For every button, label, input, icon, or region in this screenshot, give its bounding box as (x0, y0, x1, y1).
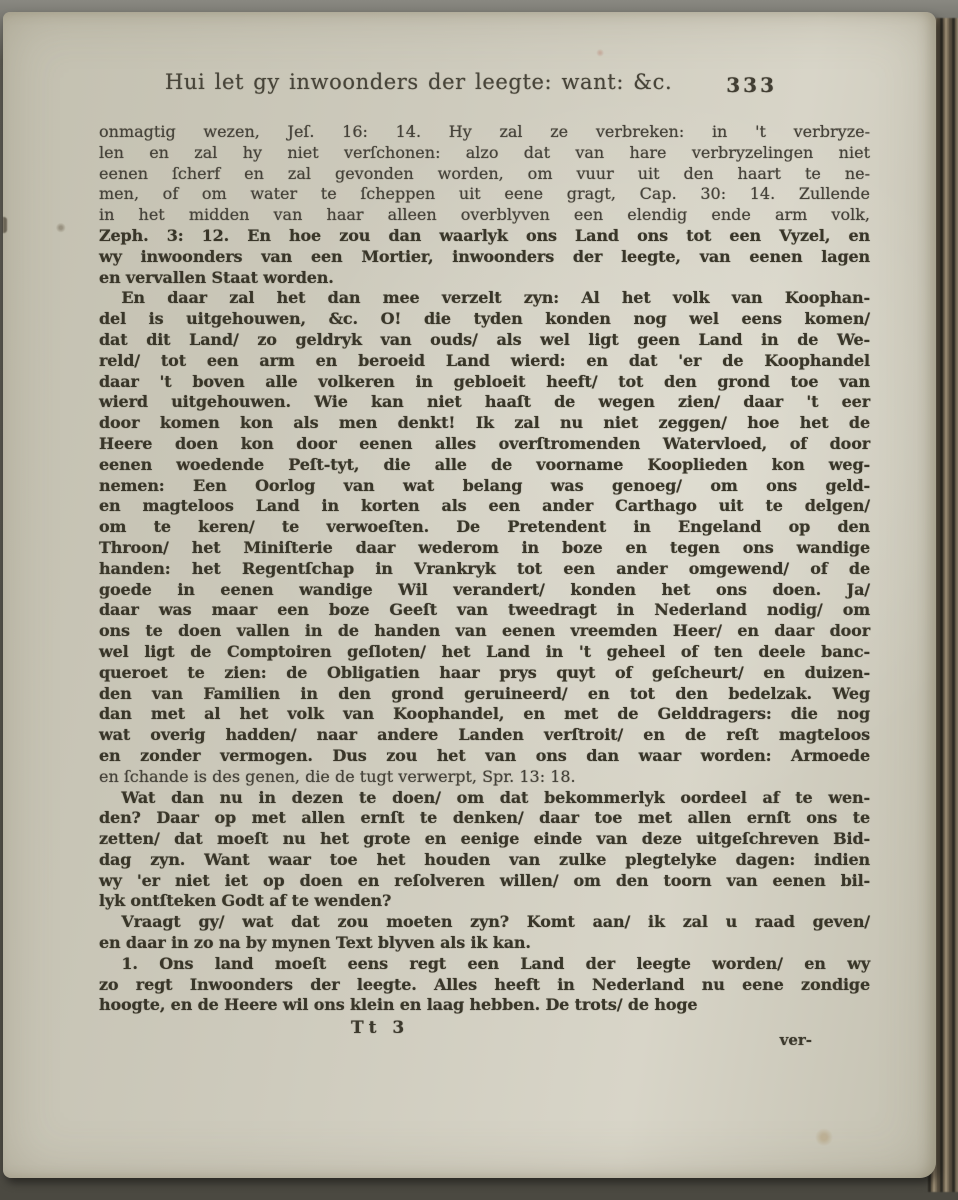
text-line: en vervallen Staat worden. (99, 268, 870, 289)
text-line: dag zyn. Want waar toe het houden van zu… (99, 850, 870, 871)
text-line: ons te doen vallen in de handen van eene… (99, 621, 870, 642)
text-line: en daar in zo na by mynen Text blyven al… (99, 933, 870, 954)
paragraph: 1. Ons land moeſt eens regt een Land der… (99, 954, 870, 1016)
text-line: den? Daar op met allen ernſt te denken/ … (99, 808, 870, 829)
text-line: en magteloos Land in korten als een ande… (99, 496, 870, 517)
text-line: wat overig hadden/ naar andere Landen ve… (99, 725, 870, 746)
text-line: goede in eenen wandige Wil verandert/ ko… (99, 580, 870, 601)
text-line: en ſchande is des genen, die de tugt ver… (99, 767, 870, 788)
text-line: men, of om water te ſcheppen uit eene gr… (99, 184, 870, 205)
page-header: Hui let gy inwoonders der leegte: want: … (99, 70, 870, 104)
text-line: reld/ tot een arm en beroeid Land wierd:… (99, 351, 870, 372)
text-line: wy 'er niet iet op doen en reſolveren wi… (99, 871, 870, 892)
text-line: En daar zal het dan mee verzelt zyn: Al … (99, 288, 870, 309)
page-footer: Tt 3 ver- (99, 1018, 870, 1058)
scanned-book-photo: Hui let gy inwoonders der leegte: want: … (0, 0, 958, 1200)
text-line: del is uitgehouwen, &c. O! die tyden kon… (99, 309, 870, 330)
text-line: zo regt Inwoonders der leegte. Alles hee… (99, 975, 870, 996)
paragraph: Vraagt gy/ wat dat zou moeten zyn? Komt … (99, 912, 870, 954)
text-line: Zeph. 3: 12. En hoe zou dan waarlyk ons … (99, 226, 870, 247)
text-line: 1. Ons land moeſt eens regt een Land der… (99, 954, 870, 975)
text-line: onmagtig wezen, Jeſ. 16: 14. Hy zal ze v… (99, 122, 870, 143)
paragraph: Wat dan nu in dezen te doen/ om dat beko… (99, 788, 870, 913)
text-line: door komen kon als men denkt! Ik zal nu … (99, 413, 870, 434)
text-line: om te keren/ te verwoeſten. De Pretenden… (99, 517, 870, 538)
text-line: wy inwoonders van een Mortier, inwoonder… (99, 247, 870, 268)
text-line: dat dit Land/ zo geldryk van ouds/ als w… (99, 330, 870, 351)
text-line: len en zal hy niet verſchonen: alzo dat … (99, 143, 870, 164)
text-line: wel ligt de Comptoiren geſloten/ het Lan… (99, 642, 870, 663)
text-line: Wat dan nu in dezen te doen/ om dat beko… (99, 788, 870, 809)
paragraph: En daar zal het dan mee verzelt zyn: Al … (99, 288, 870, 787)
running-title: Hui let gy inwoonders der leegte: want: … (165, 70, 672, 94)
text-line: daar was maar een boze Geeſt van tweedra… (99, 600, 870, 621)
text-line: handen: het Regentſchap in Vrankryk tot … (99, 559, 870, 580)
text-line: en zonder vermogen. Dus zou het van ons … (99, 746, 870, 767)
signature-mark: Tt 3 (351, 1018, 409, 1038)
catchword: ver- (780, 1031, 812, 1049)
page-number: 333 (726, 73, 777, 97)
book-page: Hui let gy inwoonders der leegte: want: … (3, 12, 936, 1178)
text-line: Vraagt gy/ wat dat zou moeten zyn? Komt … (99, 912, 870, 933)
body-text: onmagtig wezen, Jeſ. 16: 14. Hy zal ze v… (99, 122, 870, 1016)
text-line: in het midden van haar alleen overblyven… (99, 205, 870, 226)
text-line: zetten/ dat moeſt nu het grote en eenige… (99, 829, 870, 850)
text-line: daar 't boven alle volkeren in gebloeit … (99, 372, 870, 393)
text-line: queroet te zien: de Obligatien haar prys… (99, 663, 870, 684)
text-line: lyk ontſteken Godt af te wenden? (99, 891, 870, 912)
text-line: dan met al het volk van Koophandel, en m… (99, 704, 870, 725)
text-line: eenen ſcherf en zal gevonden worden, om … (99, 164, 870, 185)
page-edge-mark (3, 217, 7, 233)
text-line: hoogte, en de Heere wil ons klein en laa… (99, 995, 870, 1016)
text-line: den van Familien in den grond geruineerd… (99, 684, 870, 705)
text-line: Throon/ het Miniſterie daar wederom in b… (99, 538, 870, 559)
paragraph: onmagtig wezen, Jeſ. 16: 14. Hy zal ze v… (99, 122, 870, 288)
text-line: eenen woedende Peſt-tyt, die alle de voo… (99, 455, 870, 476)
text-line: nemen: Een Oorlog van wat belang was gen… (99, 476, 870, 497)
text-line: wierd uitgehouwen. Wie kan niet haaſt de… (99, 392, 870, 413)
text-line: Heere doen kon door eenen alles overſtro… (99, 434, 870, 455)
